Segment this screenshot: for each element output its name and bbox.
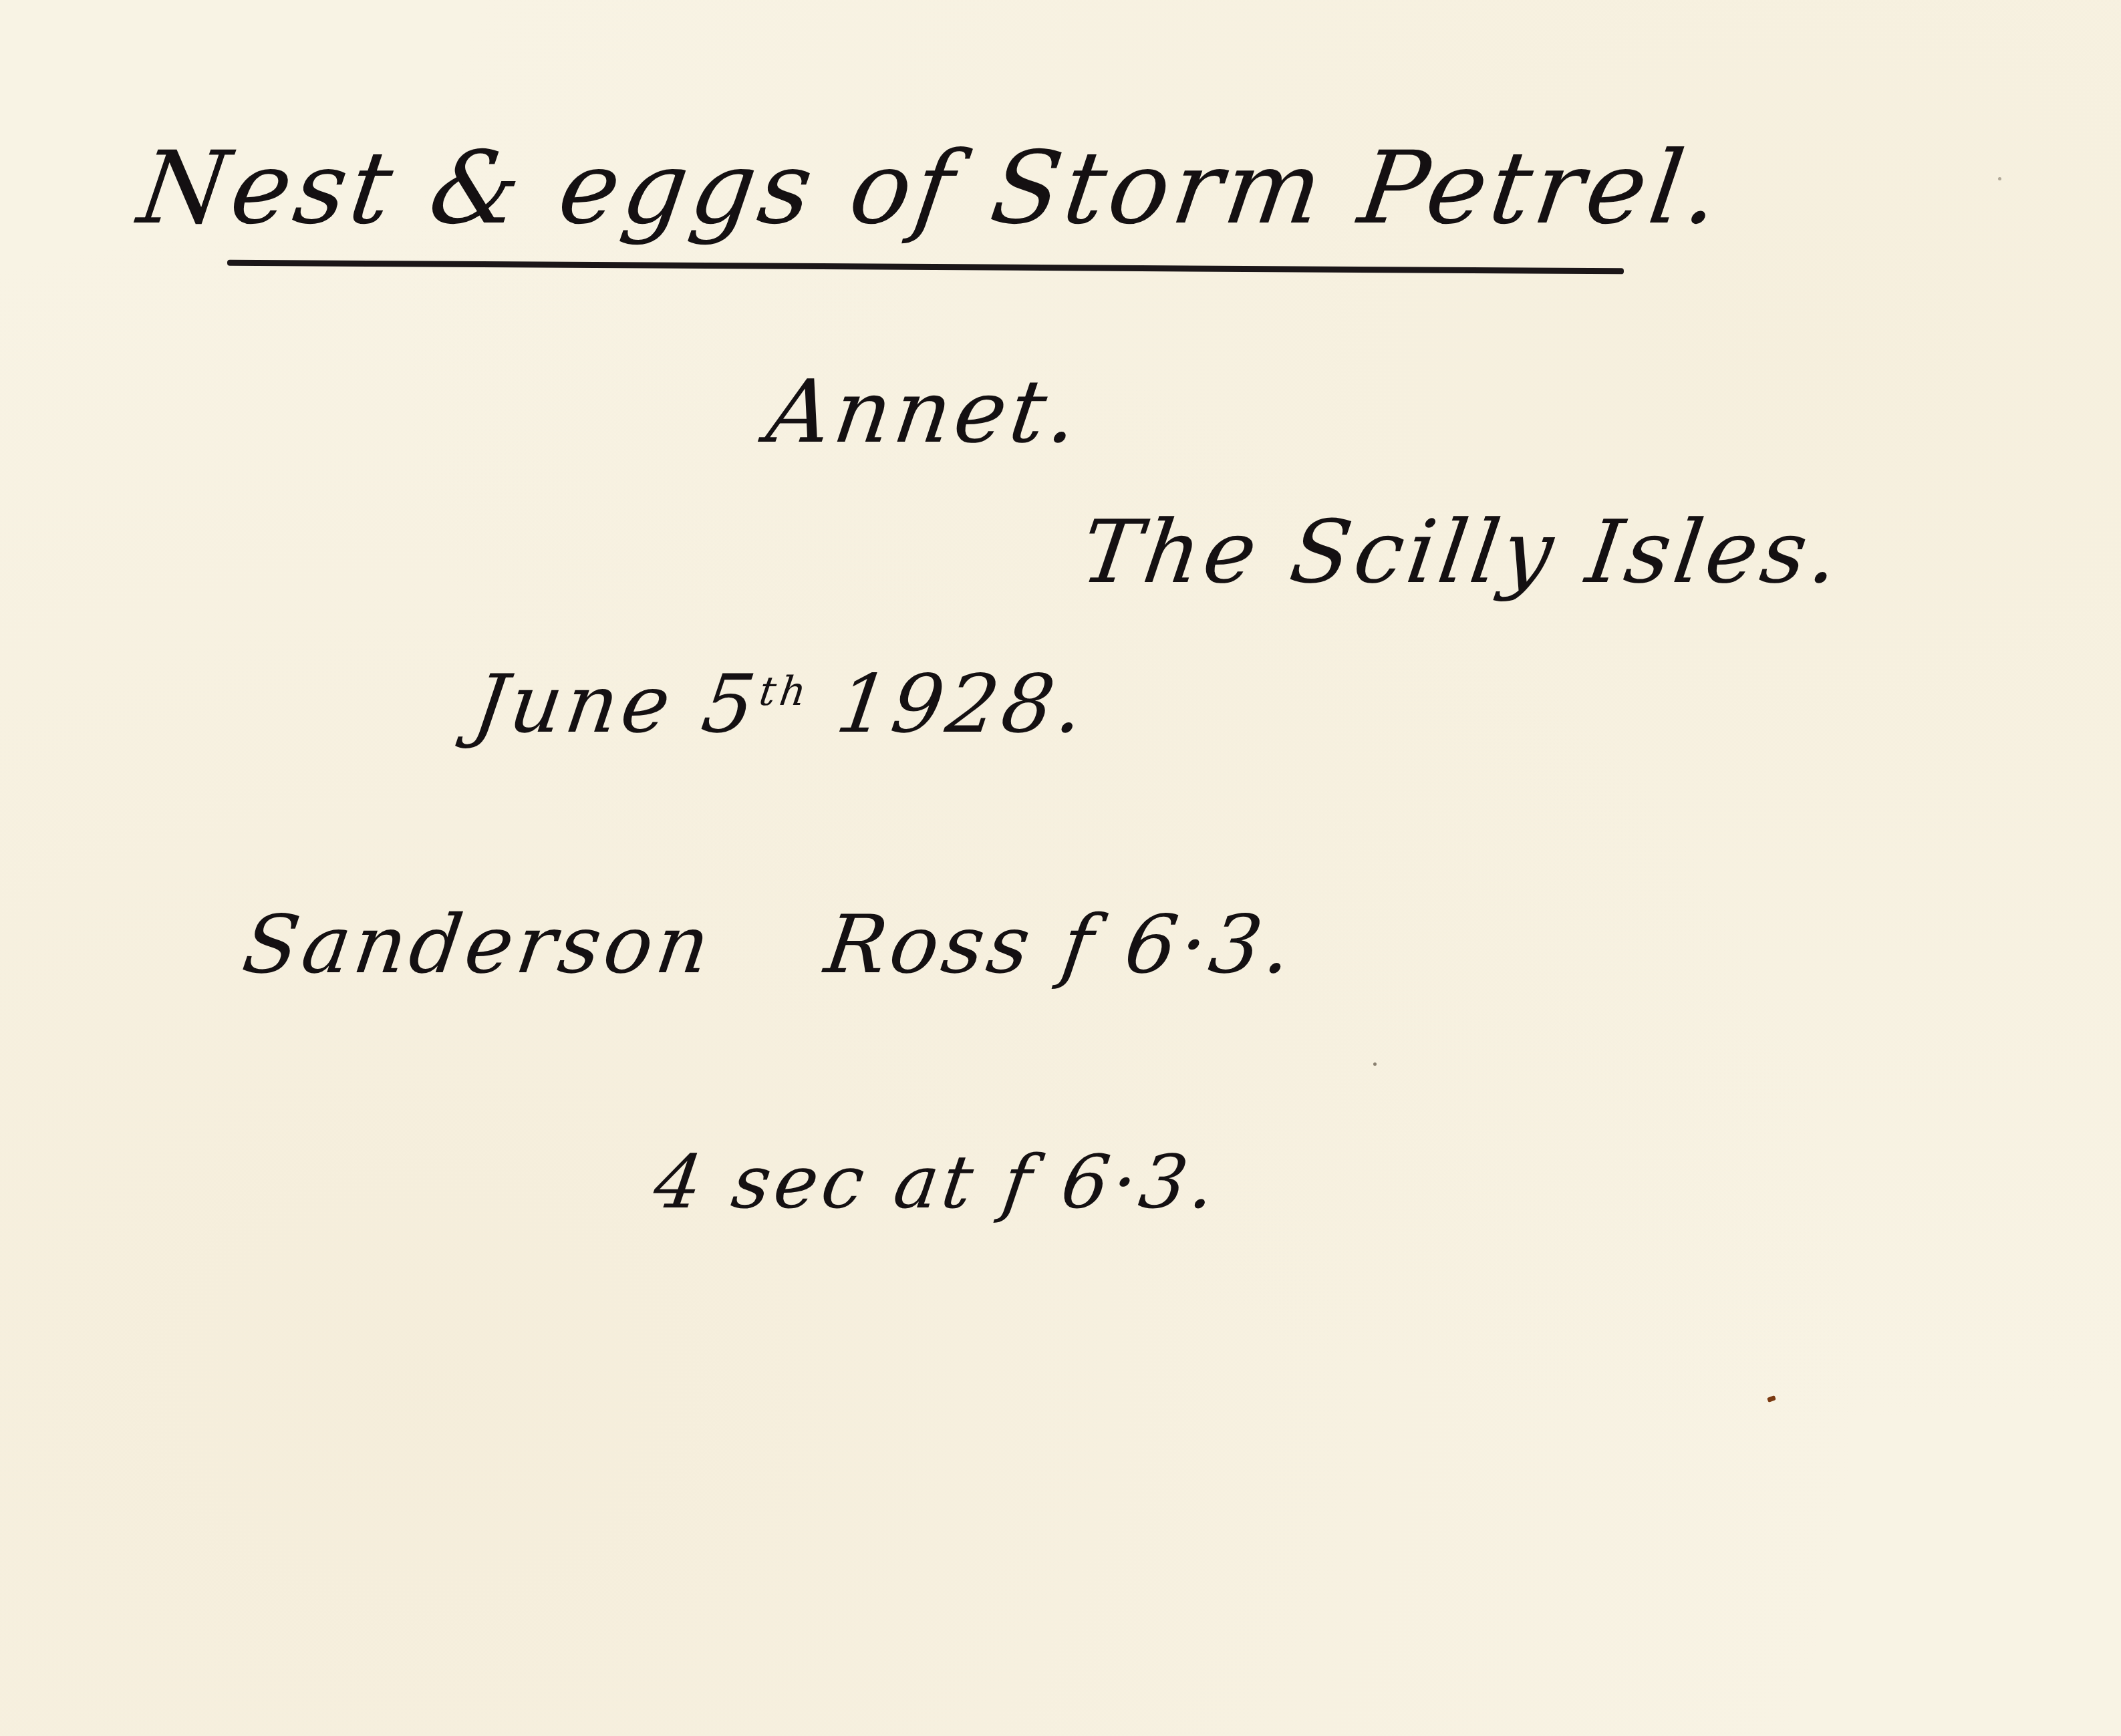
date-year: 1928. [831,658,1093,751]
location-archipelago: The Scilly Isles. [1075,501,1849,603]
paper-mark [1373,1062,1377,1066]
camera-line: SandersonRoss f 6·3. [237,899,1301,992]
location-island: Annet. [761,361,1088,462]
paper-mark [1998,177,2001,180]
date-day: June 5 [468,658,764,751]
exposure-line: 4 sec at f 6·3. [649,1139,1224,1225]
camera-lens: Ross f 6·3. [820,899,1302,992]
date-line: June 5th 1928. [468,658,1093,751]
date-ordinal: th [756,668,813,715]
camera-make: Sanderson [237,899,719,992]
note-title: Nest & eggs of Storm Petrel. [132,130,1731,247]
